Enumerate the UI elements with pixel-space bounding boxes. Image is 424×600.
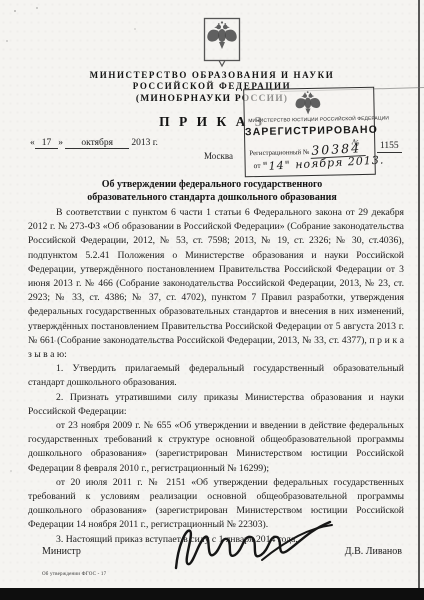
- stamp-authority-text: МИНИСТЕРСТВО ЮСТИЦИИ РОССИЙСКОЙ ФЕДЕРАЦИ…: [248, 116, 370, 124]
- document-page: МИНИСТЕРСТВО ОБРАЗОВАНИЯ И НАУКИ РОССИЙС…: [0, 0, 424, 600]
- ministry-name-line1: МИНИСТЕРСТВО ОБРАЗОВАНИЯ И НАУКИ: [0, 70, 424, 80]
- registration-stamp: МИНИСТЕРСТВО ЮСТИЦИИ РОССИЙСКОЙ ФЕДЕРАЦИ…: [243, 87, 376, 177]
- body-paragraph: 1. Утвердить прилагаемый федеральный гос…: [28, 362, 404, 390]
- order-body: В соответствии с пунктом 6 части 1 стать…: [28, 206, 404, 547]
- number-sign-artifact: №: [351, 137, 361, 148]
- footer-reference: Об утверждении ФГОС - 17: [42, 572, 106, 577]
- signer-name: Д.В. Ливанов: [345, 546, 402, 557]
- body-paragraph: В соответствии с пунктом 6 части 1 стать…: [28, 206, 404, 362]
- stamp-reg-label: Регистрационный №: [249, 149, 309, 157]
- signer-role: Министр: [42, 546, 81, 557]
- order-number: 1155: [377, 141, 402, 153]
- order-title: Об утверждении федерального государствен…: [62, 179, 362, 204]
- stamp-date-line: от"14" ноября 2013.: [253, 156, 372, 171]
- order-date-line: «17» октября 2013 г.: [30, 138, 158, 148]
- coat-of-arms-icon: [203, 17, 241, 69]
- scan-noise-specks: [14, 10, 16, 12]
- scan-bottom-bar: [0, 588, 424, 600]
- order-year: 2013 г.: [131, 138, 158, 148]
- stamp-eagle-icon: [294, 90, 323, 118]
- body-paragraph: 2. Признать утратившими силу приказы Мин…: [28, 391, 404, 419]
- minister-signature: [162, 516, 338, 578]
- quote-close: »: [58, 138, 63, 148]
- stamp-from-label: от: [254, 161, 261, 170]
- body-paragraph: от 23 ноября 2009 г. № 655 «Об утвержден…: [28, 419, 404, 476]
- order-day: 17: [35, 138, 59, 149]
- order-month: октября: [65, 138, 129, 149]
- stamp-registered-text: ЗАРЕГИСТРИРОВАНО: [245, 124, 374, 138]
- order-place: Москва: [204, 151, 233, 161]
